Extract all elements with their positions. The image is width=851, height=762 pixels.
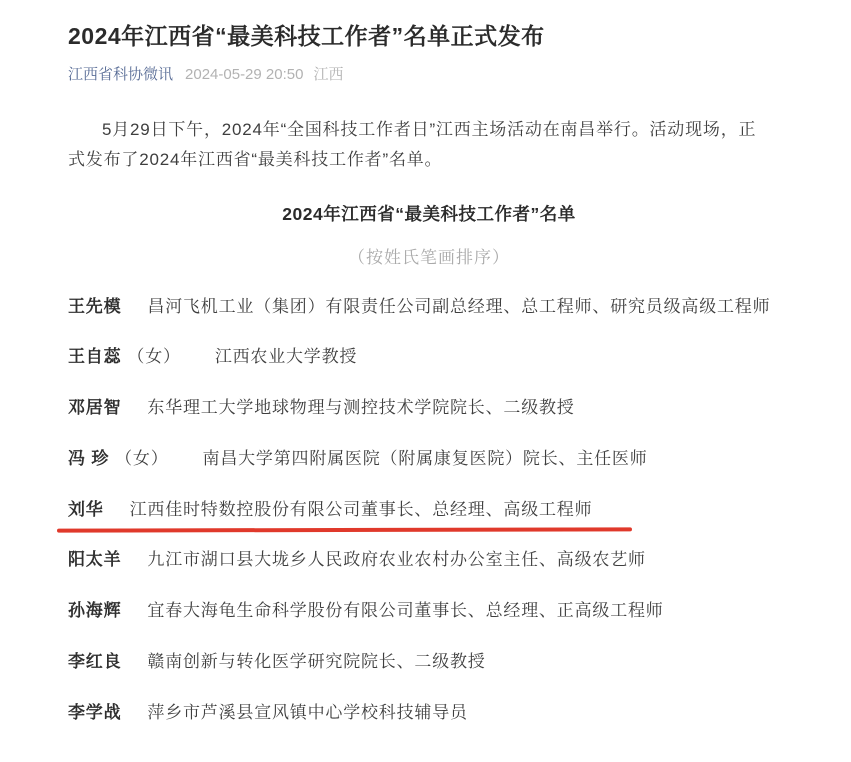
awardee-description: 南昌大学第四附属医院（附属康复医院）院长、主任医师 [203,449,648,468]
awardee-description: 九江市湖口县大垅乡人民政府农业农村办公室主任、高级农艺师 [147,550,645,569]
awardee-name: 冯 珍 [68,449,109,468]
awardee-description: 江西农业大学教授 [215,347,357,366]
awardee-name: 李学战 [68,703,121,722]
awardee-description: 萍乡市芦溪县宣风镇中心学校科技辅导员 [147,703,467,722]
awardee-entry: 王自蕊（女）江西农业大学教授 [68,342,790,372]
awardee-entry: 王先模昌河飞机工业（集团）有限责任公司副总经理、总工程师、研究员级高级工程师 [68,292,790,322]
article-meta: 江西省科协微讯2024-05-29 20:50江西 [68,64,790,85]
sort-order-note: （按姓氏笔画排序） [68,243,790,268]
awardee-entry: 邓居智东华理工大学地球物理与测控技术学院院长、二级教授 [68,393,790,423]
awardee-description: 宜春大海龟生命科学股份有限公司董事长、总经理、正高级工程师 [147,601,663,620]
awardee-name: 孙海辉 [68,601,121,620]
article-page: 2024年江西省“最美科技工作者”名单正式发布 江西省科协微讯2024-05-2… [0,0,851,727]
article-title: 2024年江西省“最美科技工作者”名单正式发布 [68,20,790,52]
author-account-link[interactable]: 江西省科协微讯 [68,66,173,83]
awardee-name: 邓居智 [68,398,121,417]
awardee-name: 王先模 [68,297,121,316]
awardee-list: 王先模昌河飞机工业（集团）有限责任公司副总经理、总工程师、研究员级高级工程师王自… [68,292,790,728]
awardee-entry: 刘华江西佳时特数控股份有限公司董事长、总经理、高级工程师 [68,495,790,525]
awardee-gender-note: （女） [115,449,168,468]
list-section-title: 2024年江西省“最美科技工作者”名单 [68,201,790,226]
awardee-name: 王自蕊 [68,347,121,366]
awardee-name: 刘华 [68,500,104,519]
awardee-description: 东华理工大学地球物理与测控技术学院院长、二级教授 [147,398,574,417]
awardee-entry: 李学战萍乡市芦溪县宣风镇中心学校科技辅导员 [68,698,790,728]
red-underline-annotation [57,528,632,533]
publish-location: 江西 [313,66,343,83]
awardee-gender-note: （女） [127,347,180,366]
awardee-entry: 冯 珍（女）南昌大学第四附属医院（附属康复医院）院长、主任医师 [68,444,790,474]
intro-paragraph: 5月29日下午，2024年“全国科技工作者日”江西主场活动在南昌举行。活动现场，… [68,115,774,175]
awardee-entry: 李红良赣南创新与转化医学研究院院长、二级教授 [68,647,790,677]
awardee-name: 阳太羊 [68,550,121,569]
awardee-entry: 阳太羊九江市湖口县大垅乡人民政府农业农村办公室主任、高级农艺师 [68,545,790,575]
awardee-description: 赣南创新与转化医学研究院院长、二级教授 [147,652,485,671]
publish-datetime: 2024-05-29 20:50 [185,66,303,83]
awardee-entry: 孙海辉宜春大海龟生命科学股份有限公司董事长、总经理、正高级工程师 [68,596,790,626]
awardee-description: 昌河飞机工业（集团）有限责任公司副总经理、总工程师、研究员级高级工程师 [147,297,770,316]
awardee-name: 李红良 [68,652,121,671]
awardee-description: 江西佳时特数控股份有限公司董事长、总经理、高级工程师 [130,500,593,519]
